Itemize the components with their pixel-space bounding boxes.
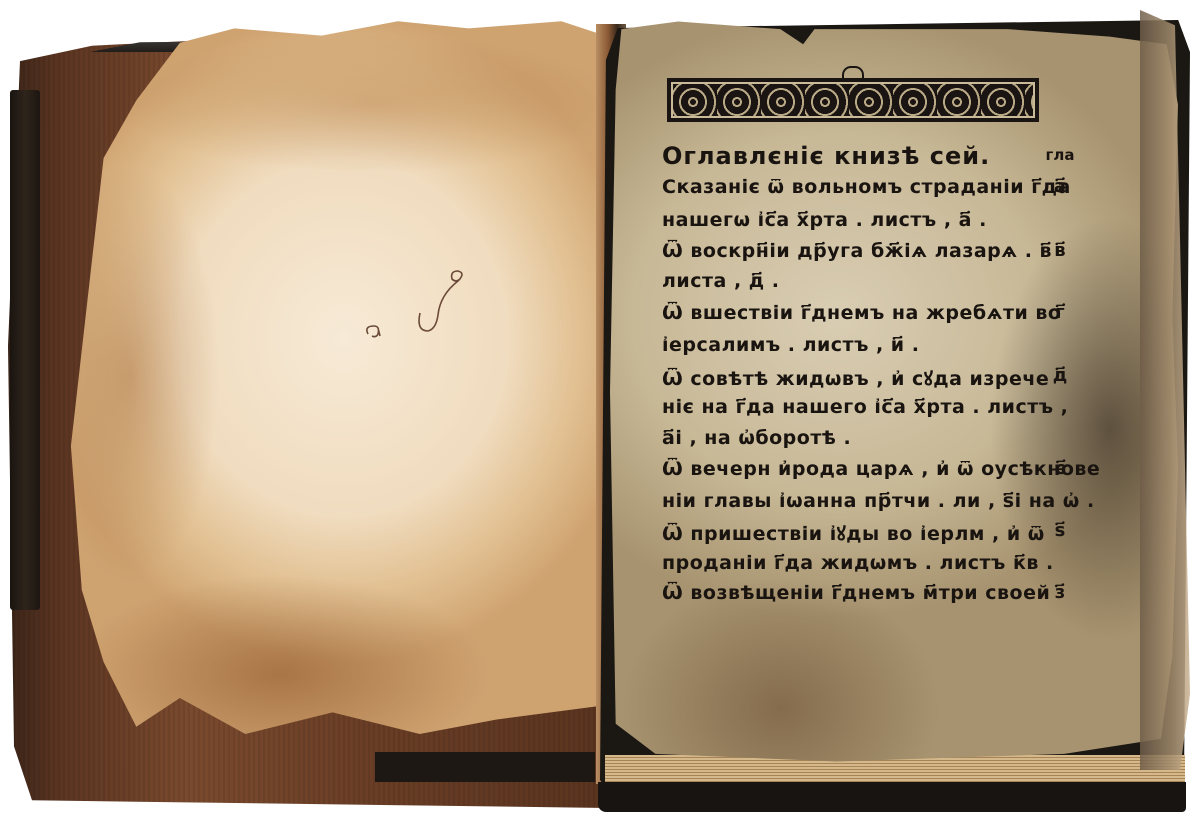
ornamental-headpiece [667,78,1039,122]
water-stain [120,34,620,174]
left-flyleaf [60,14,605,734]
bottom-leather-board [598,782,1186,812]
margin-numeral: в҃ [1040,240,1080,261]
margin-numeral: д҃ [1040,365,1080,386]
toc-line: Ѿ совѣтѣ жидѡвъ , и҆ сꙋда изрече [662,365,1049,391]
floral-ornament [671,82,1035,118]
toc-title: Оглавлєніє книзѣ сей. [662,142,990,170]
pencil-handwriting [360,258,480,348]
toc-line: Ѿ вшествіи г҃днемъ на жребѧти во [662,302,1061,324]
toc-line: Ѿ возвѣщеніи г҃днемъ м҃три своей [662,582,1050,604]
toc-line: ніє на г҃да нашего і҆с҃а х҃рта . листъ , [662,396,1068,418]
toc-line: проданіи г҃да жидѡмъ . листъ к҃в . [662,552,1054,574]
margin-numeral: є҃ [1040,458,1080,479]
margin-numeral: г҃ [1040,302,1080,323]
toc-line: Ѿ вечерн и҆рода царѧ , и҆ ѿ оусѣкнове [662,458,1100,480]
toc-line: і҆ерсалимъ . листъ , и҃ . [662,334,919,356]
toc-line: нашегѡ і҆с҃а х҃рта . листъ , а҃ . [662,209,987,231]
leather-spine-strip [10,90,40,610]
book-photograph: Оглавлєніє книзѣ сей. Сказаніє ѿ вольном… [0,0,1200,821]
toc-line: Ѿ пришествіи і҆ꙋды во і҆ерлм , и҆ ѿ [662,520,1045,546]
leather-edge-bottom [375,752,595,782]
margin-heading: гла [1040,146,1080,164]
right-page [610,14,1178,769]
margin-numeral: з҃ [1040,582,1080,603]
margin-numeral: ѕ҃ [1040,520,1080,541]
toc-line: а҃і , на ѡ҆боротѣ . [662,427,851,449]
toc-line: ніи главы і҆ѡанна пр҃тчи . ли , ѕ҃і на ѡ… [662,490,1095,512]
toc-line: листа , д҃ . [662,270,779,292]
toc-line: Сказаніє ѿ вольномъ страданіи г҃да [662,176,1071,198]
margin-numeral: а҃ [1040,176,1080,197]
toc-line: Ѿ воскрн҃іи др҃уга бж҃іѧ лазарѧ . в҃ [662,240,1052,262]
